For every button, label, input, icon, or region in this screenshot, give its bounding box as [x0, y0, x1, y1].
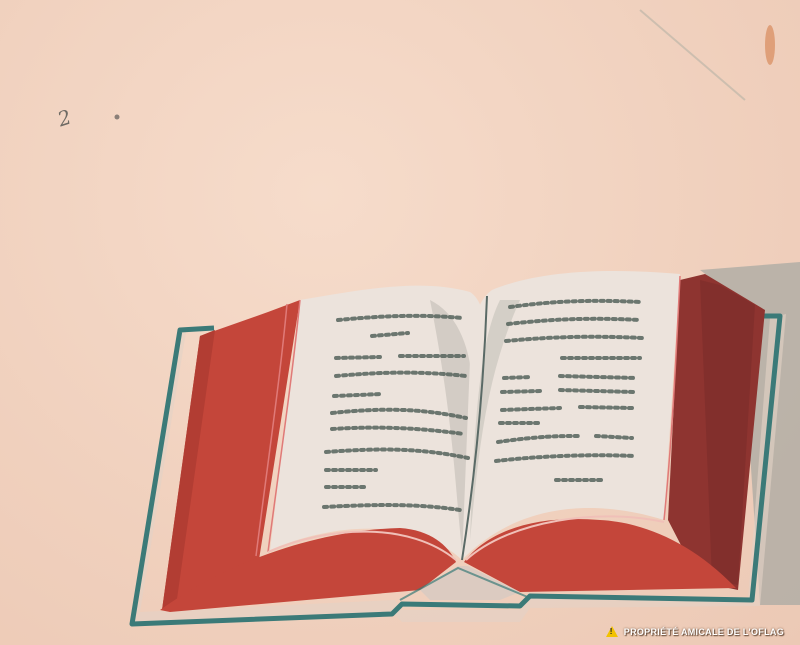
- painting-canvas: 2 PROPRIÉTÉ AMICALE DE L'OFLAG: [0, 0, 800, 645]
- paint-dot: [115, 115, 120, 120]
- warning-icon: [606, 626, 618, 637]
- pencil-stroke: [640, 10, 745, 100]
- watermark: PROPRIÉTÉ AMICALE DE L'OFLAG: [606, 626, 784, 637]
- watermark-text: PROPRIÉTÉ AMICALE DE L'OFLAG: [624, 627, 784, 637]
- open-book-painting: [0, 0, 800, 645]
- paint-stain: [765, 25, 775, 65]
